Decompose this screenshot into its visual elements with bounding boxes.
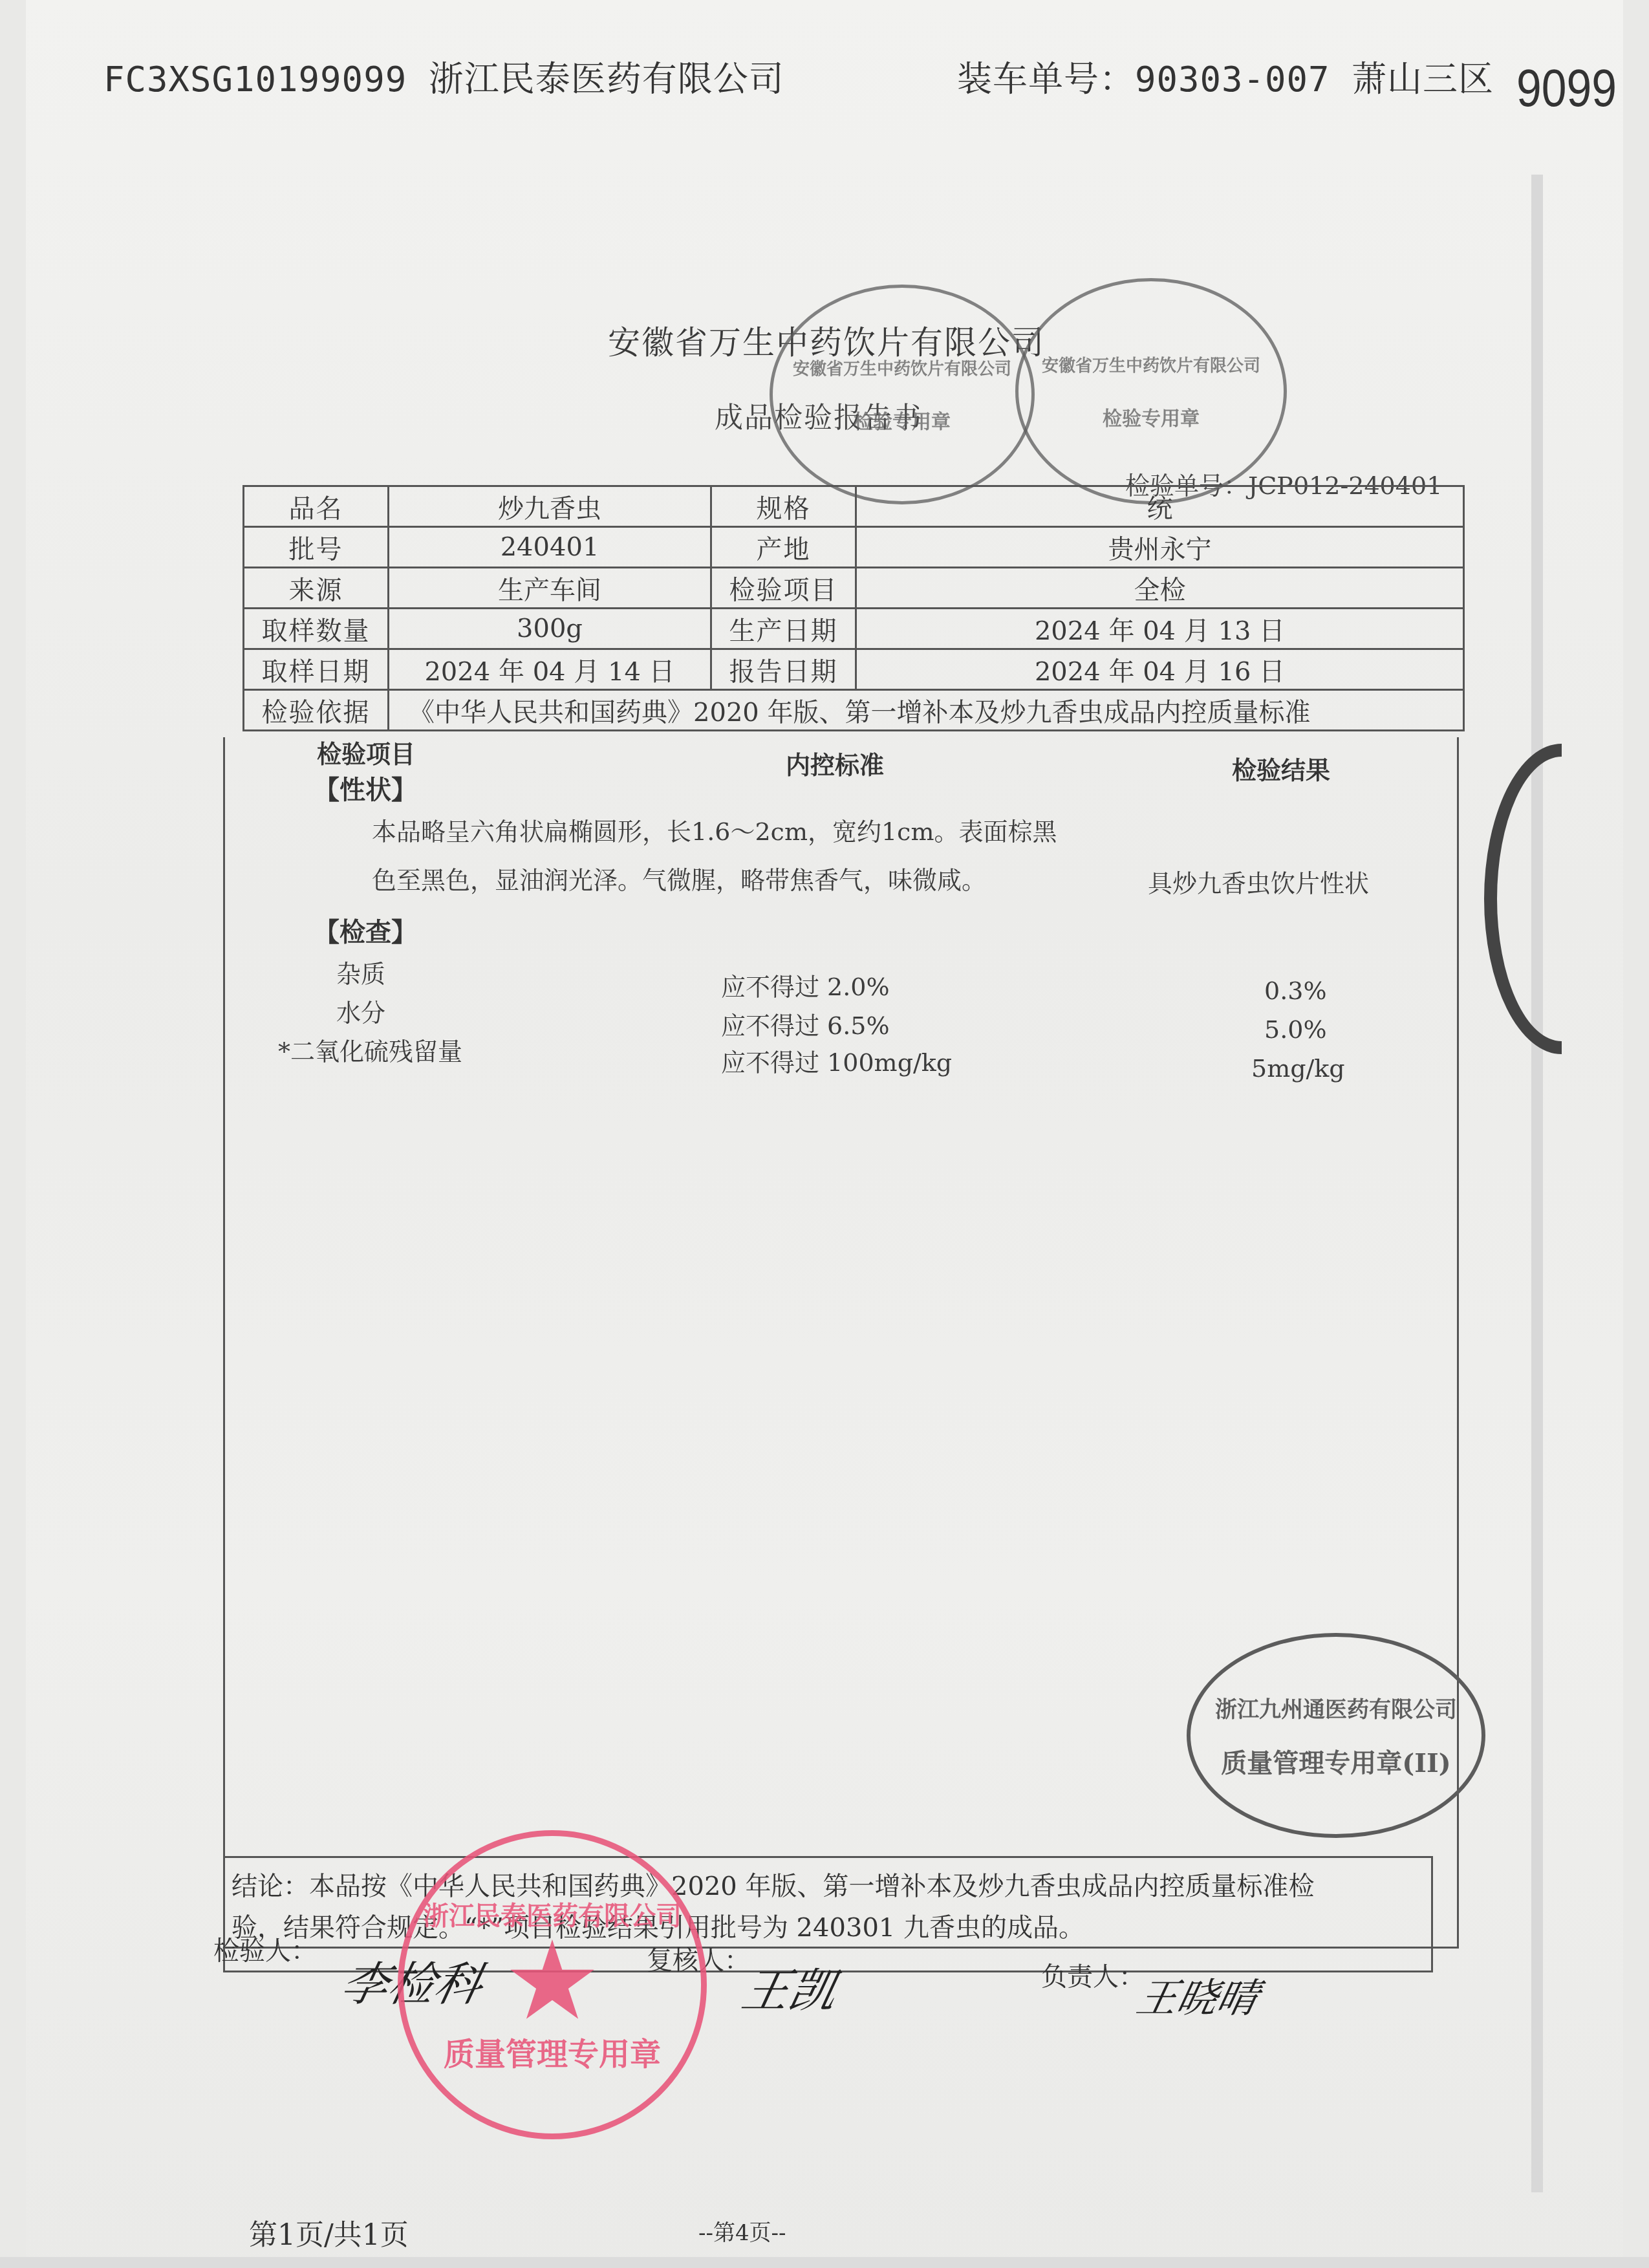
value-report-date: 2024 年 04 月 16 日 bbox=[856, 649, 1464, 690]
appearance-result: 具炒九香虫饮片性状 bbox=[1148, 863, 1369, 899]
check-item-result: 0.3% bbox=[1264, 977, 1327, 1005]
value-product-name: 炒九香虫 bbox=[389, 486, 711, 527]
table-row: 品名 炒九香虫 规格 统 bbox=[244, 486, 1464, 527]
appearance-desc-line2: 色至黑色，显油润光泽。气微腥，略带焦香气，味微咸。 bbox=[372, 860, 986, 896]
stamp-center-text: 质量管理专用章(II) bbox=[1221, 1743, 1450, 1780]
stamp-center-text: 质量管理专用章 bbox=[444, 2029, 661, 2074]
stamp-center-text: 检验专用章 bbox=[854, 405, 951, 434]
value-production-date: 2024 年 04 月 13 日 bbox=[856, 609, 1464, 649]
label-spec: 规格 bbox=[711, 486, 856, 527]
table-row: 取样日期 2024 年 04 月 14 日 报告日期 2024 年 04 月 1… bbox=[244, 649, 1464, 690]
column-header-result: 检验结果 bbox=[1232, 750, 1330, 786]
value-basis: 《中华人民共和国药典》2020 年版、第一增补本及炒九香虫成品内控质量标准 bbox=[389, 690, 1464, 731]
responsible-label: 负责人： bbox=[1041, 1956, 1145, 1993]
check-item-name: *二氧化硫残留量 bbox=[278, 1031, 462, 1067]
responsible-signature: 王晓晴 bbox=[1132, 1966, 1265, 2024]
value-spec: 统 bbox=[856, 486, 1464, 527]
label-product-name: 品名 bbox=[244, 486, 389, 527]
check-item-standard: 应不得过 6.5% bbox=[721, 1006, 890, 1041]
quality-stamp-jiuzhoutong: 浙江九州通医药有限公司 质量管理专用章(II) bbox=[1187, 1633, 1485, 1838]
stamp-center-text: 检验专用章 bbox=[1103, 402, 1200, 431]
reviewer-signature: 王凯 bbox=[737, 1953, 844, 2020]
page-counter: 第1页/共1页 bbox=[249, 2212, 409, 2253]
value-sample-date: 2024 年 04 月 14 日 bbox=[389, 649, 711, 690]
conclusion-line1: 结论：本品按《中华人民共和国药典》2020 年版、第一增补本及炒九香虫成品内控质… bbox=[232, 1866, 1425, 1907]
label-batch: 批号 bbox=[244, 527, 389, 568]
label-origin: 产地 bbox=[711, 527, 856, 568]
stamp-ring-text: 安徽省万生中药饮片有限公司 bbox=[1042, 352, 1260, 376]
value-origin: 贵州永宁 bbox=[856, 527, 1464, 568]
table-row: 批号 240401 产地 贵州永宁 bbox=[244, 527, 1464, 568]
check-item-standard: 应不得过 2.0% bbox=[721, 967, 890, 1002]
check-item-standard: 应不得过 100mg/kg bbox=[721, 1042, 952, 1078]
column-header-standard: 内控标准 bbox=[786, 745, 884, 781]
value-batch: 240401 bbox=[389, 527, 711, 568]
stamp-ring-text: 浙江九州通医药有限公司 bbox=[1215, 1692, 1457, 1723]
value-sample-qty: 300g bbox=[389, 609, 711, 649]
header-number: 9099 bbox=[1516, 58, 1617, 119]
label-test-items: 检验项目 bbox=[711, 568, 856, 609]
label-sample-qty: 取样数量 bbox=[244, 609, 389, 649]
quality-stamp-mintai: 浙江民泰医药有限公司 ★ 质量管理专用章 bbox=[398, 1830, 707, 2139]
value-source: 生产车间 bbox=[389, 568, 711, 609]
label-report-date: 报告日期 bbox=[711, 649, 856, 690]
table-row: 来源 生产车间 检验项目 全检 bbox=[244, 568, 1464, 609]
section-check: 【检查】 bbox=[314, 912, 417, 949]
check-item-result: 5mg/kg bbox=[1251, 1054, 1345, 1083]
header-left-code: FC3XSG10199099 浙江民泰医药有限公司 bbox=[103, 52, 784, 102]
label-basis: 检验依据 bbox=[244, 690, 389, 731]
inspection-stamp-right: 安徽省万生中药饮片有限公司 检验专用章 bbox=[1015, 278, 1287, 504]
appearance-desc-line1: 本品略呈六角状扁椭圆形，长1.6～2cm，宽约1cm。表面棕黑 bbox=[372, 812, 1057, 847]
product-info-table: 品名 炒九香虫 规格 统 批号 240401 产地 贵州永宁 来源 生产车间 检… bbox=[242, 485, 1465, 731]
check-item-name: 水分 bbox=[336, 993, 385, 1028]
table-row: 取样数量 300g 生产日期 2024 年 04 月 13 日 bbox=[244, 609, 1464, 649]
label-source: 来源 bbox=[244, 568, 389, 609]
inspector-label: 检验人： bbox=[213, 1930, 317, 1967]
value-test-items: 全检 bbox=[856, 568, 1464, 609]
fold-shadow bbox=[1531, 175, 1543, 2192]
label-sample-date: 取样日期 bbox=[244, 649, 389, 690]
label-production-date: 生产日期 bbox=[711, 609, 856, 649]
sheet-number: --第4页-- bbox=[698, 2215, 786, 2247]
star-icon: ★ bbox=[509, 1932, 596, 2029]
header-loading-number: 装车单号：90303-007 萧山三区 bbox=[957, 52, 1494, 102]
check-item-name: 杂质 bbox=[336, 954, 385, 989]
stamp-ring-text: 安徽省万生中药饮片有限公司 bbox=[793, 356, 1011, 380]
scan-border bbox=[0, 2257, 1649, 2268]
table-row: 检验依据 《中华人民共和国药典》2020 年版、第一增补本及炒九香虫成品内控质量… bbox=[244, 690, 1464, 731]
check-item-result: 5.0% bbox=[1264, 1015, 1327, 1044]
inspection-stamp-left: 安徽省万生中药饮片有限公司 检验专用章 bbox=[770, 285, 1035, 504]
column-header-item: 检验项目 bbox=[317, 734, 415, 770]
section-appearance: 【性状】 bbox=[314, 770, 417, 806]
